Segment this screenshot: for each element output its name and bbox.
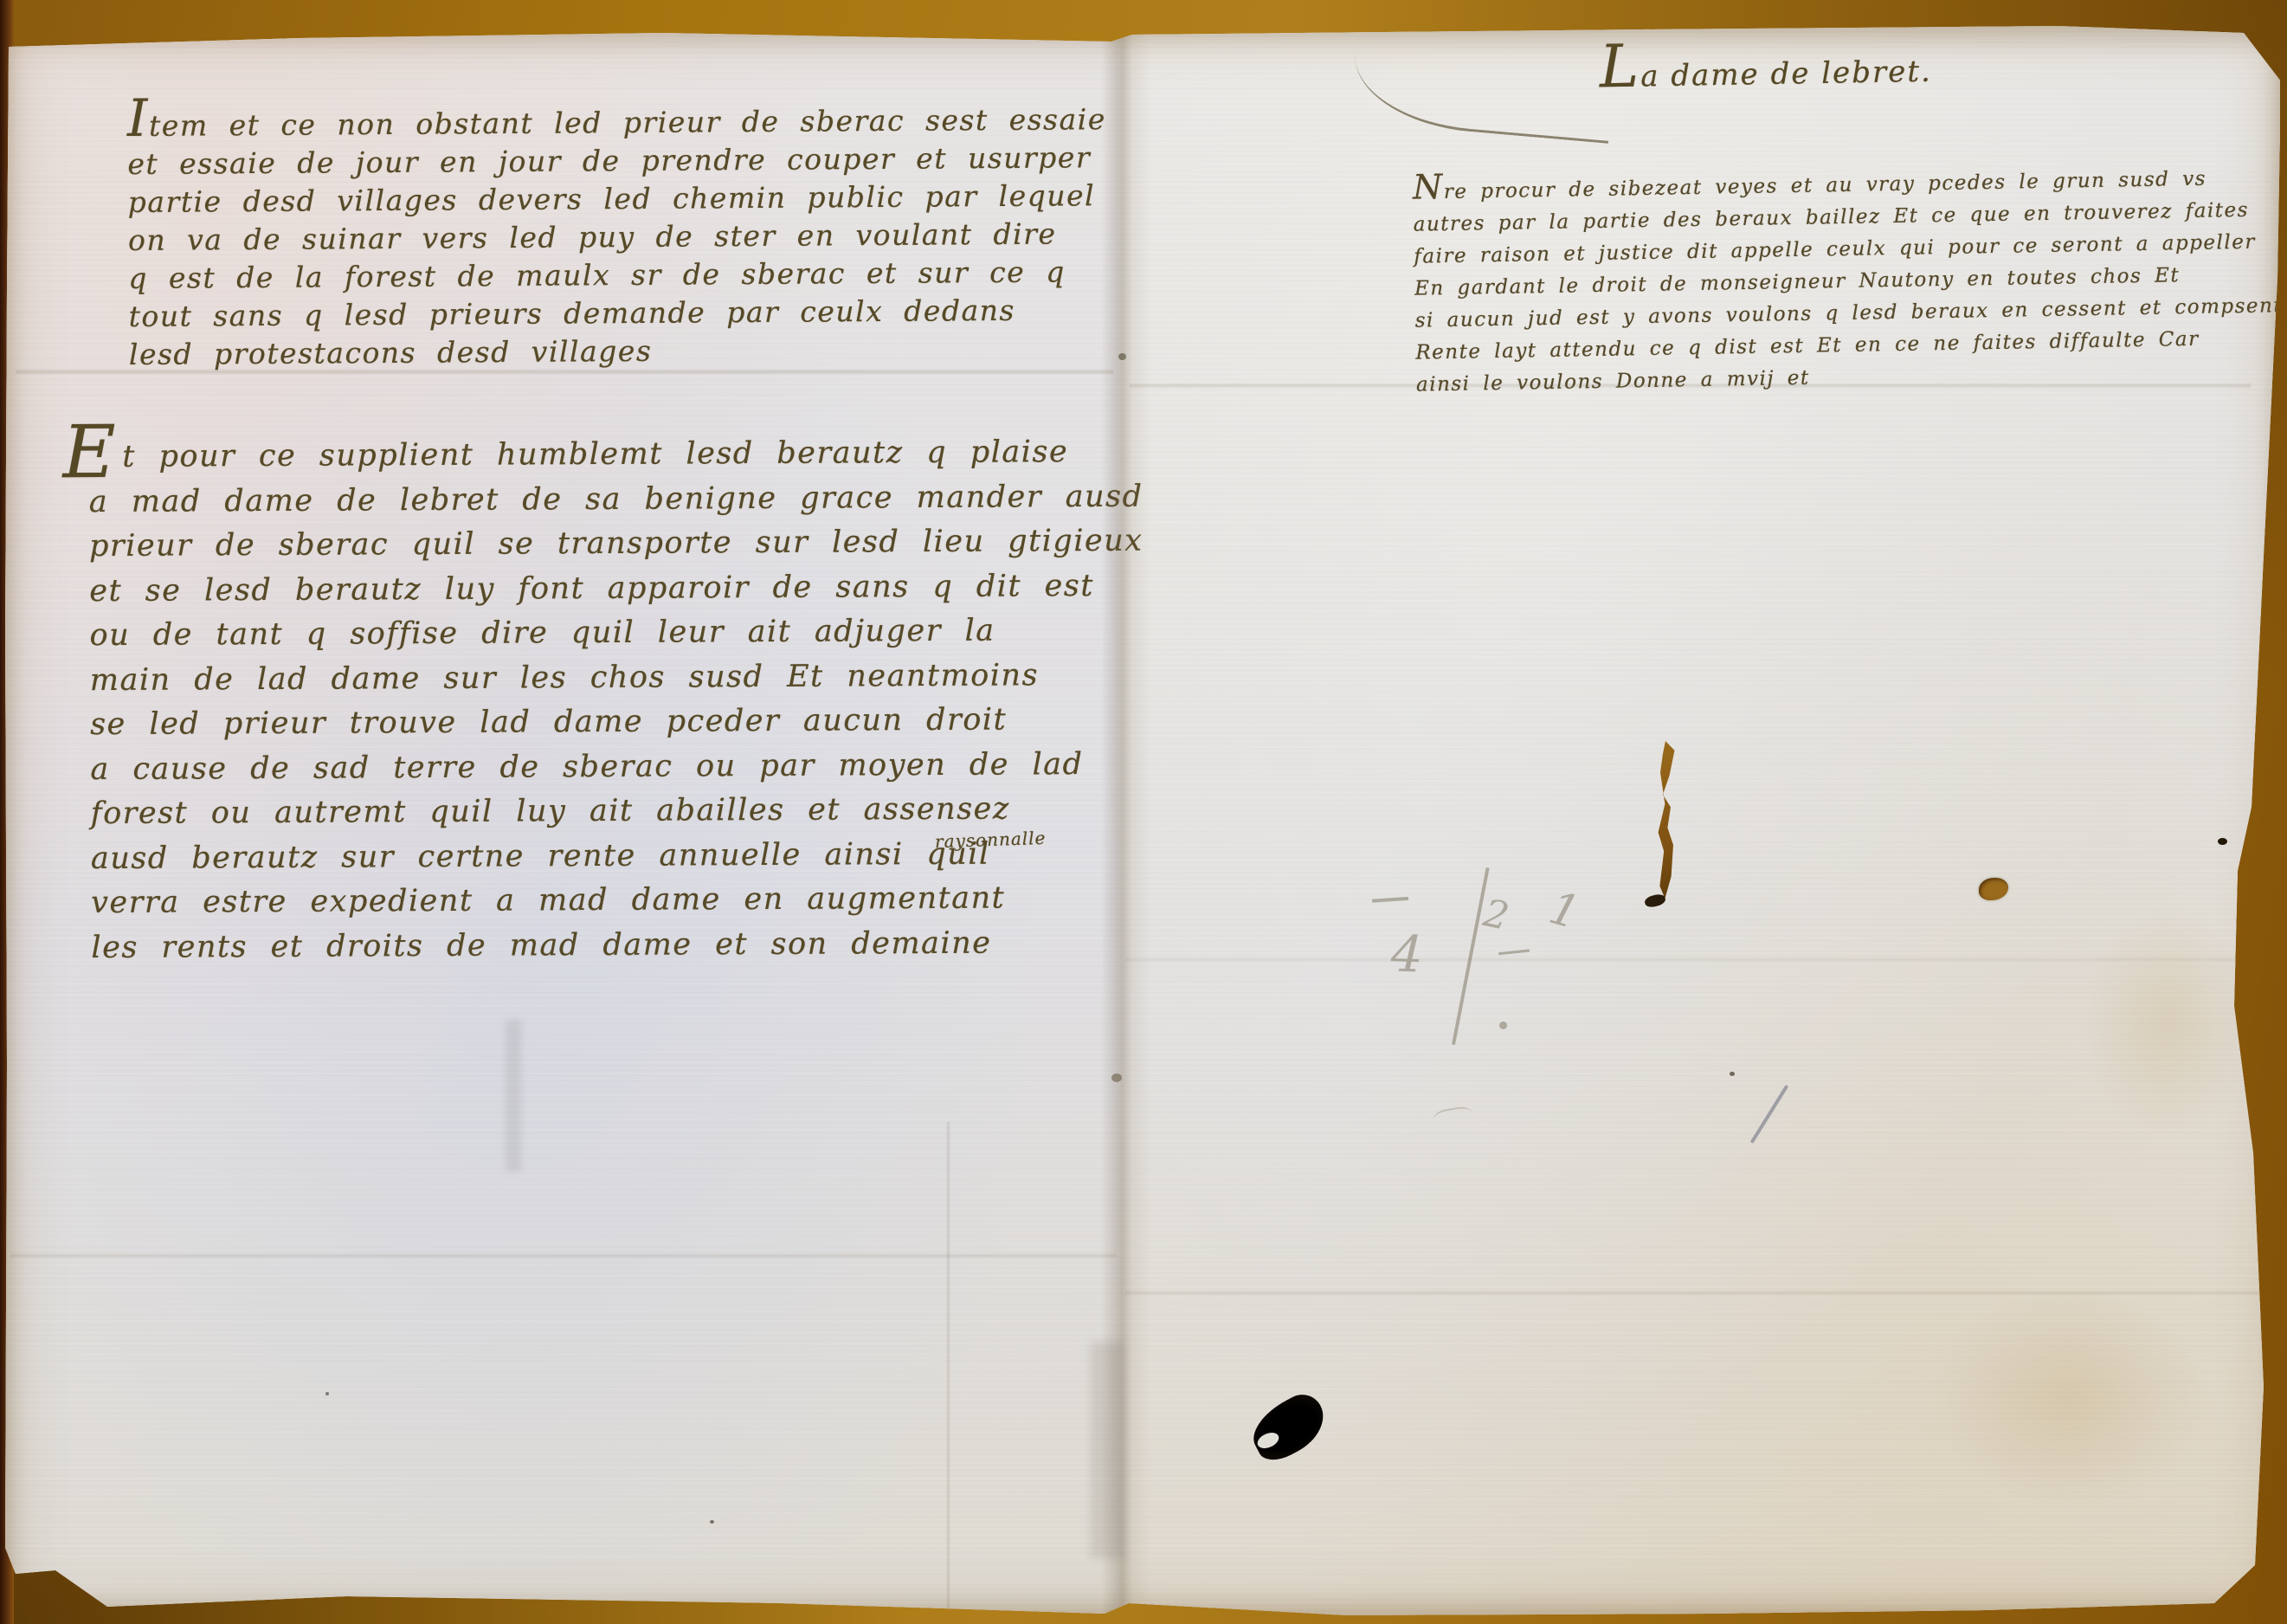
manuscript-spread: Item et ce non obstant led prieur de sbe… — [5, 26, 2280, 1615]
manuscript-photo: Item et ce non obstant led prieur de sbe… — [0, 0, 2287, 1624]
paper-edge-shading — [5, 26, 2280, 1615]
